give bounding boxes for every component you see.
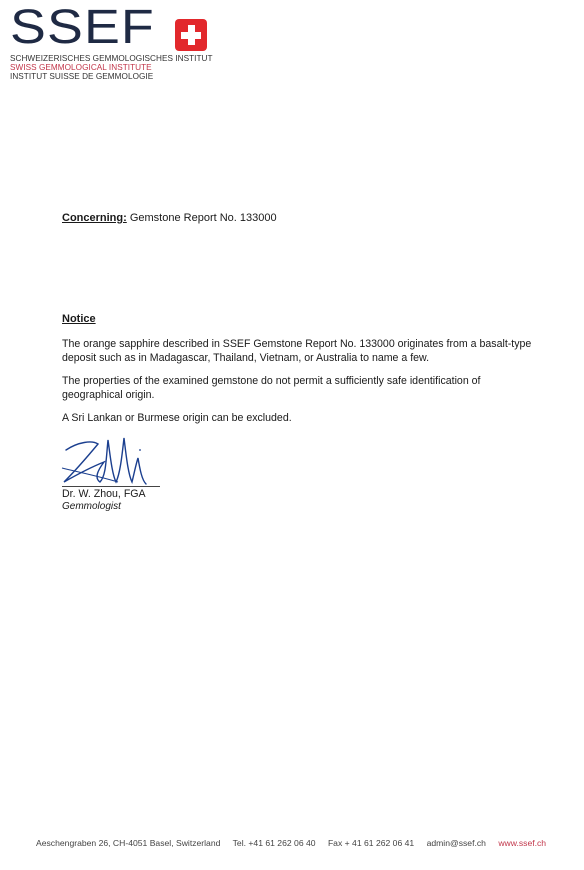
notice-paragraph-properties: The properties of the examined gemstone … (62, 375, 542, 402)
footer-email[interactable]: admin@ssef.ch (427, 838, 486, 848)
handwritten-signature (58, 430, 168, 490)
signer-title: Gemmologist (62, 501, 121, 512)
footer-address: Aeschengraben 26, CH-4051 Basel, Switzer… (36, 838, 220, 848)
footer-tel: Tel. +41 61 262 06 40 (233, 838, 316, 848)
logo-subtitle-french: INSTITUT SUISSE DE GEMMOLOGIE (10, 72, 153, 81)
footer-fax: Fax + 41 61 262 06 41 (328, 838, 414, 848)
logo-subtitle-german: SCHWEIZERISCHES GEMMOLOGISCHES INSTITUT (10, 54, 213, 63)
concerning-line: Concerning: Gemstone Report No. 133000 (62, 212, 277, 224)
footer-website[interactable]: www.ssef.ch (498, 838, 546, 848)
swiss-cross-icon (175, 19, 207, 51)
footer: Aeschengraben 26, CH-4051 Basel, Switzer… (36, 838, 556, 848)
concerning-value: Gemstone Report No. 133000 (130, 212, 277, 224)
signer-name: Dr. W. Zhou, FGA (62, 488, 146, 500)
notice-paragraph-exclusion: A Sri Lankan or Burmese origin can be ex… (62, 412, 542, 426)
logo-subtitle-english: SWISS GEMMOLOGICAL INSTITUTE (10, 63, 152, 72)
logo-wordmark: SSEF (10, 8, 155, 48)
notice-heading: Notice (62, 313, 96, 325)
notice-paragraph-origin: The orange sapphire described in SSEF Ge… (62, 338, 542, 365)
signature-line (62, 486, 160, 487)
concerning-label: Concerning: (62, 212, 127, 224)
